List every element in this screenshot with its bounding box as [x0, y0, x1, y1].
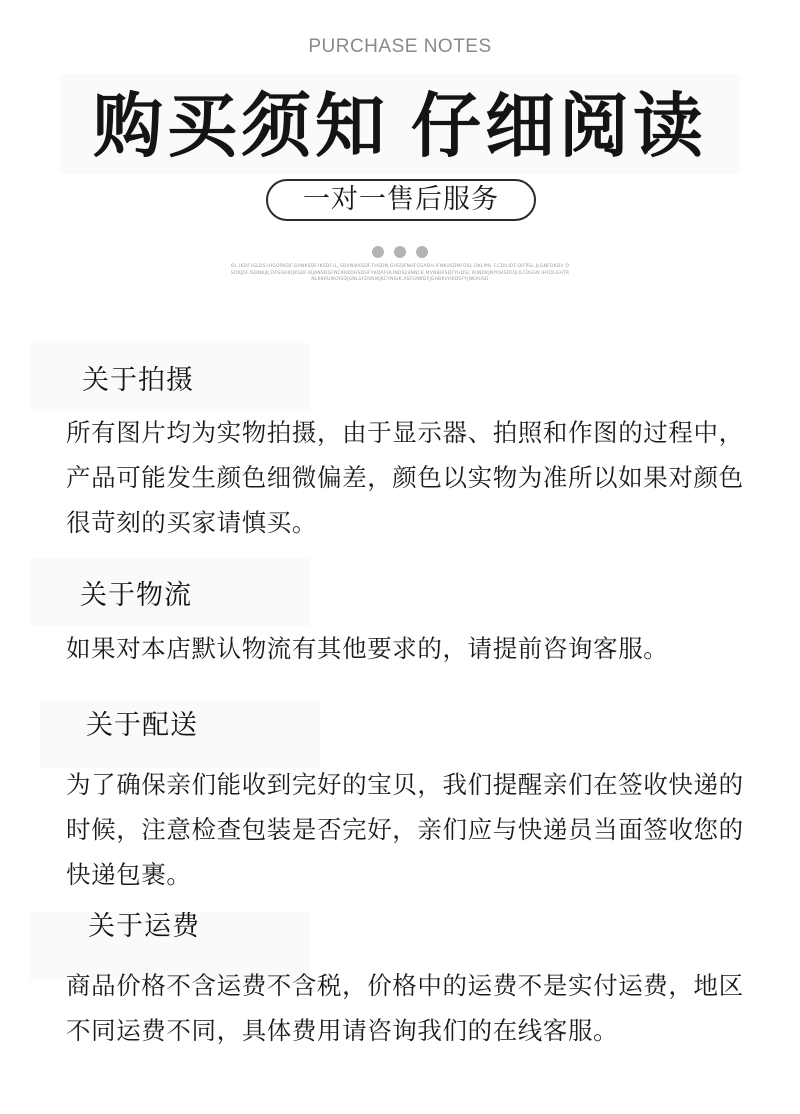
subtitle-en: PURCHASE NOTES — [0, 36, 800, 58]
body-line: 不同运费不同，具体费用请咨询我们的在线客服。 — [66, 1008, 766, 1053]
section-body-photography: 所有图片均为实物拍摄，由于显示器、拍照和作图的过程中， 产品可能发生颜色细微偏差… — [66, 410, 766, 545]
dot-icon — [372, 246, 384, 258]
main-title-part1: 购买须知 — [93, 85, 389, 167]
section-body-delivery: 为了确保亲们能收到完好的宝贝，我们提醒亲们在签收快递的 时候，注意检查包装是否完… — [66, 762, 766, 897]
fine-print: OL.IKDF.IGLDS.IHGORKDF.GHNKSDF.IKSDF.IL_… — [230, 264, 570, 284]
decorative-dots — [0, 243, 800, 262]
section-heading-delivery: 关于配送 — [86, 703, 198, 742]
body-line: 如果对本店默认物流有其他要求的，请提前咨询客服。 — [66, 626, 766, 671]
section-heading-shipping-fee: 关于运费 — [88, 904, 200, 943]
section-heading-photography: 关于拍摄 — [82, 358, 194, 397]
dot-icon — [416, 246, 428, 258]
main-title-part2: 仔细阅读 — [411, 85, 707, 167]
body-line: 所有图片均为实物拍摄，由于显示器、拍照和作图的过程中， — [66, 410, 766, 455]
body-line: 产品可能发生颜色细微偏差，颜色以实物为准所以如果对颜色 — [66, 455, 766, 500]
body-line: 快递包裹。 — [66, 852, 766, 897]
section-heading-logistics: 关于物流 — [80, 573, 192, 612]
dot-icon — [394, 246, 406, 258]
body-line: 很苛刻的买家请慎买。 — [66, 500, 766, 545]
body-line: 为了确保亲们能收到完好的宝贝，我们提醒亲们在签收快递的 — [66, 762, 766, 807]
service-pill: 一对一售后服务 — [266, 179, 536, 221]
section-body-logistics: 如果对本店默认物流有其他要求的，请提前咨询客服。 — [66, 626, 766, 671]
section-body-shipping-fee: 商品价格不含运费不含税，价格中的运费不是实付运费，地区 不同运费不同，具体费用请… — [66, 963, 766, 1053]
body-line: 商品价格不含运费不含税，价格中的运费不是实付运费，地区 — [66, 963, 766, 1008]
main-title: 购买须知仔细阅读 — [0, 78, 800, 174]
body-line: 时候，注意检查包装是否完好，亲们应与快递员当面签收您的 — [66, 807, 766, 852]
